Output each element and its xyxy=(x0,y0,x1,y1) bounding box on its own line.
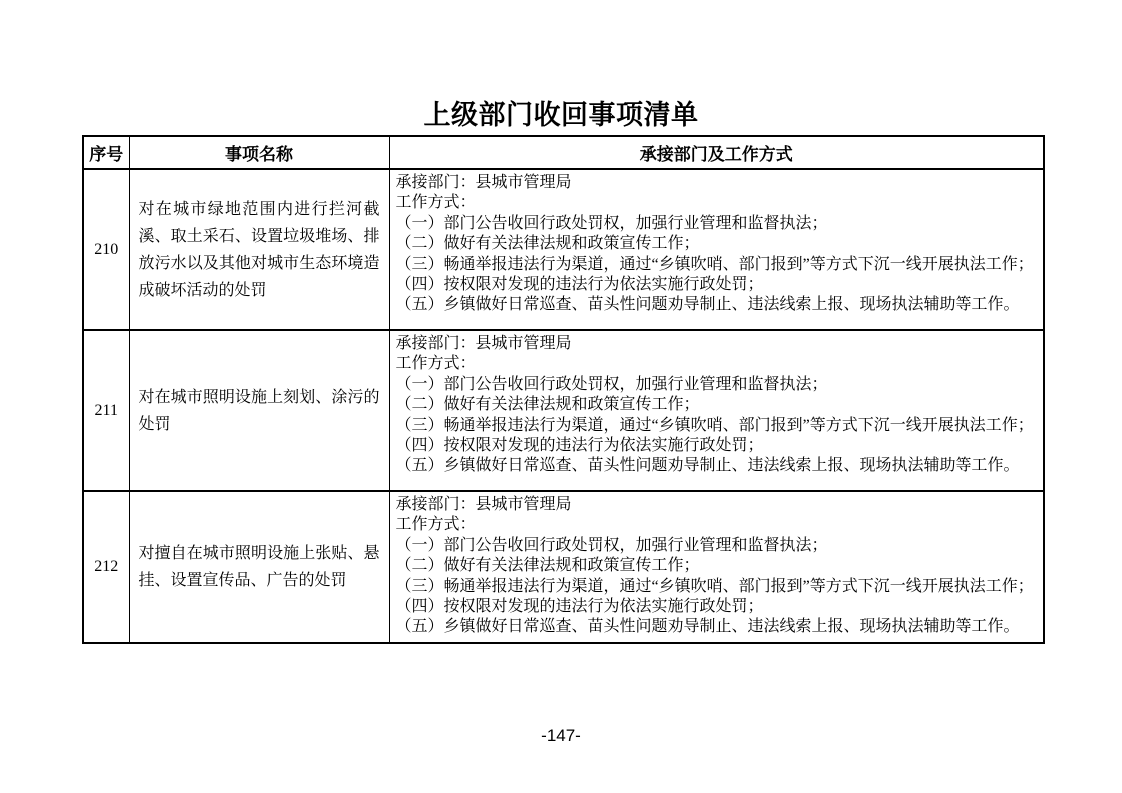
work-mode-2: （二）做好有关法律法规和政策宣传工作； xyxy=(396,556,1038,576)
header-seq: 序号 xyxy=(83,136,129,169)
work-mode-5: （五）乡镇做好日常巡查、苗头性问题劝导制止、违法线索上报、现场执法辅助等工作。 xyxy=(396,456,1038,476)
seq-number: 212 xyxy=(83,491,129,643)
handling-content: 承接部门：县城市管理局 工作方式： （一）部门公告收回行政处罚权，加强行业管理和… xyxy=(390,170,1044,316)
work-mode-1: （一）部门公告收回行政处罚权，加强行业管理和监督执法； xyxy=(396,375,1038,395)
work-mode-4: （四）按权限对发现的违法行为依法实施行政处罚； xyxy=(396,597,1038,617)
work-mode-3: （三）畅通举报违法行为渠道，通过“乡镇吹哨、部门报到”等方式下沉一线开展执法工作… xyxy=(396,255,1038,275)
work-mode-5: （五）乡镇做好日常巡查、苗头性问题劝导制止、违法线索上报、现场执法辅助等工作。 xyxy=(396,295,1038,315)
handling-content: 承接部门：县城市管理局 工作方式： （一）部门公告收回行政处罚权，加强行业管理和… xyxy=(390,331,1044,477)
item-name: 对在城市照明设施上刻划、涂污的处罚 xyxy=(129,330,389,491)
work-mode-5: （五）乡镇做好日常巡查、苗头性问题劝导制止、违法线索上报、现场执法辅助等工作。 xyxy=(396,617,1038,637)
handling-cell: 承接部门：县城市管理局 工作方式： （一）部门公告收回行政处罚权，加强行业管理和… xyxy=(389,330,1044,491)
work-mode-4: （四）按权限对发现的违法行为依法实施行政处罚； xyxy=(396,275,1038,295)
work-mode-2: （二）做好有关法律法规和政策宣传工作； xyxy=(396,395,1038,415)
work-mode-2: （二）做好有关法律法规和政策宣传工作； xyxy=(396,234,1038,254)
department-line: 承接部门：县城市管理局 xyxy=(396,334,1038,354)
work-mode-label: 工作方式： xyxy=(396,193,1038,213)
item-name: 对在城市绿地范围内进行拦河截溪、取土采石、设置垃圾堆场、排放污水以及其他对城市生… xyxy=(129,169,389,330)
table-header-row: 序号 事项名称 承接部门及工作方式 xyxy=(83,136,1044,169)
work-mode-1: （一）部门公告收回行政处罚权，加强行业管理和监督执法； xyxy=(396,214,1038,234)
recalled-items-table: 序号 事项名称 承接部门及工作方式 210 对在城市绿地范围内进行拦河截溪、取土… xyxy=(82,135,1045,644)
work-mode-3: （三）畅通举报违法行为渠道，通过“乡镇吹哨、部门报到”等方式下沉一线开展执法工作… xyxy=(396,577,1038,597)
header-handling: 承接部门及工作方式 xyxy=(389,136,1044,169)
handling-cell: 承接部门：县城市管理局 工作方式： （一）部门公告收回行政处罚权，加强行业管理和… xyxy=(389,491,1044,643)
item-name: 对擅自在城市照明设施上张贴、悬挂、设置宣传品、广告的处罚 xyxy=(129,491,389,643)
seq-number: 211 xyxy=(83,330,129,491)
department-line: 承接部门：县城市管理局 xyxy=(396,495,1038,515)
work-mode-label: 工作方式： xyxy=(396,515,1038,535)
table-row: 212 对擅自在城市照明设施上张贴、悬挂、设置宣传品、广告的处罚 承接部门：县城… xyxy=(83,491,1044,643)
handling-cell: 承接部门：县城市管理局 工作方式： （一）部门公告收回行政处罚权，加强行业管理和… xyxy=(389,169,1044,330)
department-line: 承接部门：县城市管理局 xyxy=(396,173,1038,193)
work-mode-1: （一）部门公告收回行政处罚权，加强行业管理和监督执法； xyxy=(396,536,1038,556)
page-number: -147- xyxy=(0,726,1122,746)
work-mode-4: （四）按权限对发现的违法行为依法实施行政处罚； xyxy=(396,436,1038,456)
page-title: 上级部门收回事项清单 xyxy=(0,93,1122,132)
table-row: 210 对在城市绿地范围内进行拦河截溪、取土采石、设置垃圾堆场、排放污水以及其他… xyxy=(83,169,1044,330)
seq-number: 210 xyxy=(83,169,129,330)
header-item-name: 事项名称 xyxy=(129,136,389,169)
work-mode-3: （三）畅通举报违法行为渠道，通过“乡镇吹哨、部门报到”等方式下沉一线开展执法工作… xyxy=(396,416,1038,436)
work-mode-label: 工作方式： xyxy=(396,354,1038,374)
table-row: 211 对在城市照明设施上刻划、涂污的处罚 承接部门：县城市管理局 工作方式： … xyxy=(83,330,1044,491)
handling-content: 承接部门：县城市管理局 工作方式： （一）部门公告收回行政处罚权，加强行业管理和… xyxy=(390,492,1044,641)
